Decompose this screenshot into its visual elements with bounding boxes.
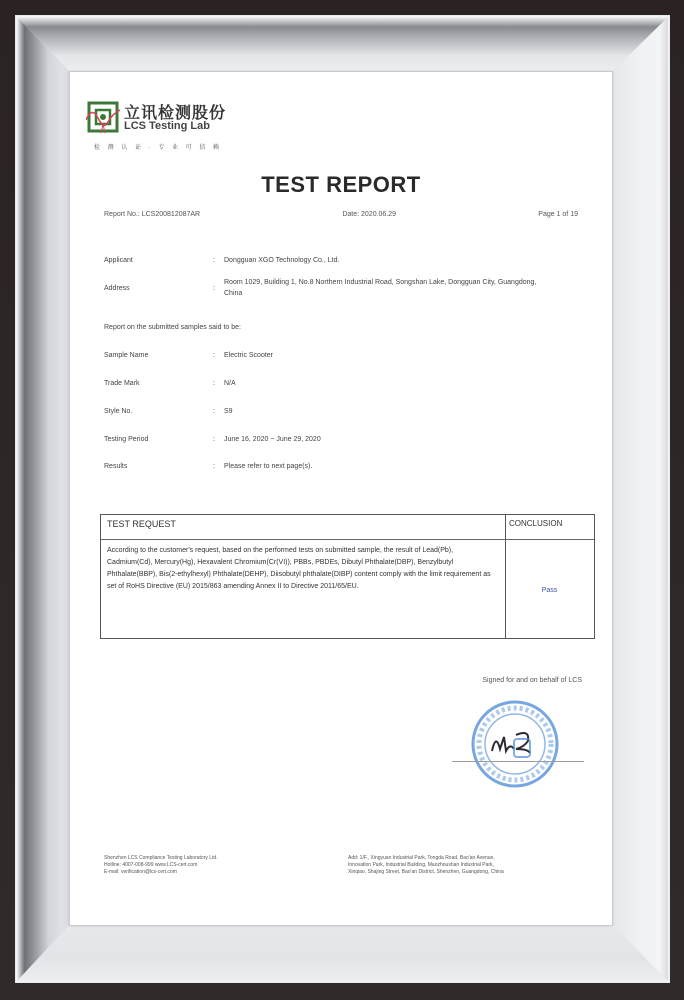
lcs-logo-icon — [86, 100, 120, 134]
footer-address: Add: 1/F., Xingyuan Industrial Park, Ton… — [348, 855, 588, 876]
company-seal-icon — [470, 699, 560, 789]
report-meta: Report No.: LCS200812087AR Date: 2020.06… — [104, 211, 578, 218]
test-request-table: TEST REQUEST CONCLUSION According to the… — [100, 514, 595, 639]
brand-tagline: 检 测 认 证 · 专 业 可 信 赖 — [94, 142, 222, 151]
sample-name-label: Sample Name — [104, 352, 148, 359]
page-indicator: Page 1 of 19 — [538, 211, 578, 218]
conclusion-header: CONCLUSION — [509, 519, 562, 528]
bevel-left — [17, 17, 70, 981]
picture-frame: 立讯检测股份 LCS Testing Lab 检 测 认 证 · 专 业 可 信… — [0, 0, 684, 1000]
bevel-bottom — [17, 924, 668, 981]
trade-mark-label: Trade Mark — [104, 380, 140, 387]
applicant-label: Applicant — [104, 257, 133, 264]
testing-period-label: Testing Period — [104, 436, 148, 443]
report-number: Report No.: LCS200812087AR — [104, 211, 200, 218]
footer-left-line: Shenzhen LCS Compliance Testing Laborato… — [104, 855, 304, 862]
footer-left-line: Hotline: 4007-008-999 www.LCS-cert.com — [104, 862, 304, 869]
style-no-label: Style No. — [104, 408, 132, 415]
colon: : — [213, 408, 215, 415]
address-label: Address — [104, 285, 130, 292]
document-title: TEST REPORT — [70, 172, 612, 198]
colon: : — [213, 352, 215, 359]
intro-text: Report on the submitted samples said to … — [104, 324, 241, 331]
style-no-value: S9 — [224, 406, 554, 417]
colon: : — [213, 380, 215, 387]
colon: : — [213, 436, 215, 443]
footer-left-line: E-mail: verification@lcs-cert.com — [104, 869, 304, 876]
applicant-value: Dongguan XGO Technology Co., Ltd. — [224, 255, 554, 266]
test-request-header: TEST REQUEST — [107, 519, 176, 529]
bevel-right — [612, 17, 668, 981]
bevel-top — [17, 17, 668, 72]
testing-period-value: June 16, 2020 ~ June 29, 2020 — [224, 434, 554, 445]
sample-name-value: Electric Scooter — [224, 350, 554, 361]
test-request-text: According to the customer's request, bas… — [107, 545, 499, 593]
footer-right-line: Add: 1/F., Xingyuan Industrial Park, Ton… — [348, 855, 588, 862]
footer-right-line: Innovation Park, Industrial Building, Ma… — [348, 862, 588, 869]
colon: : — [213, 463, 215, 470]
colon: : — [213, 285, 215, 292]
trade-mark-value: N/A — [224, 378, 554, 389]
address-value: Room 1029, Building 1, No.8 Northern Ind… — [224, 277, 554, 299]
signed-on-behalf-text: Signed for and on behalf of LCS — [482, 677, 582, 684]
results-label: Results — [104, 463, 127, 470]
conclusion-value: Pass — [505, 587, 594, 594]
results-value: Please refer to next page(s). — [224, 461, 554, 472]
footer-right-line: Xinqiao, Shajing Street, Bao'an District… — [348, 869, 588, 876]
footer-contact: Shenzhen LCS Compliance Testing Laborato… — [104, 855, 304, 876]
certificate-paper: 立讯检测股份 LCS Testing Lab 检 测 认 证 · 专 业 可 信… — [70, 72, 612, 925]
report-date: Date: 2020.06.29 — [342, 211, 396, 218]
colon: : — [213, 257, 215, 264]
column-divider — [505, 515, 506, 638]
brand-name-english: LCS Testing Lab — [124, 120, 210, 132]
signature-line — [452, 761, 584, 762]
